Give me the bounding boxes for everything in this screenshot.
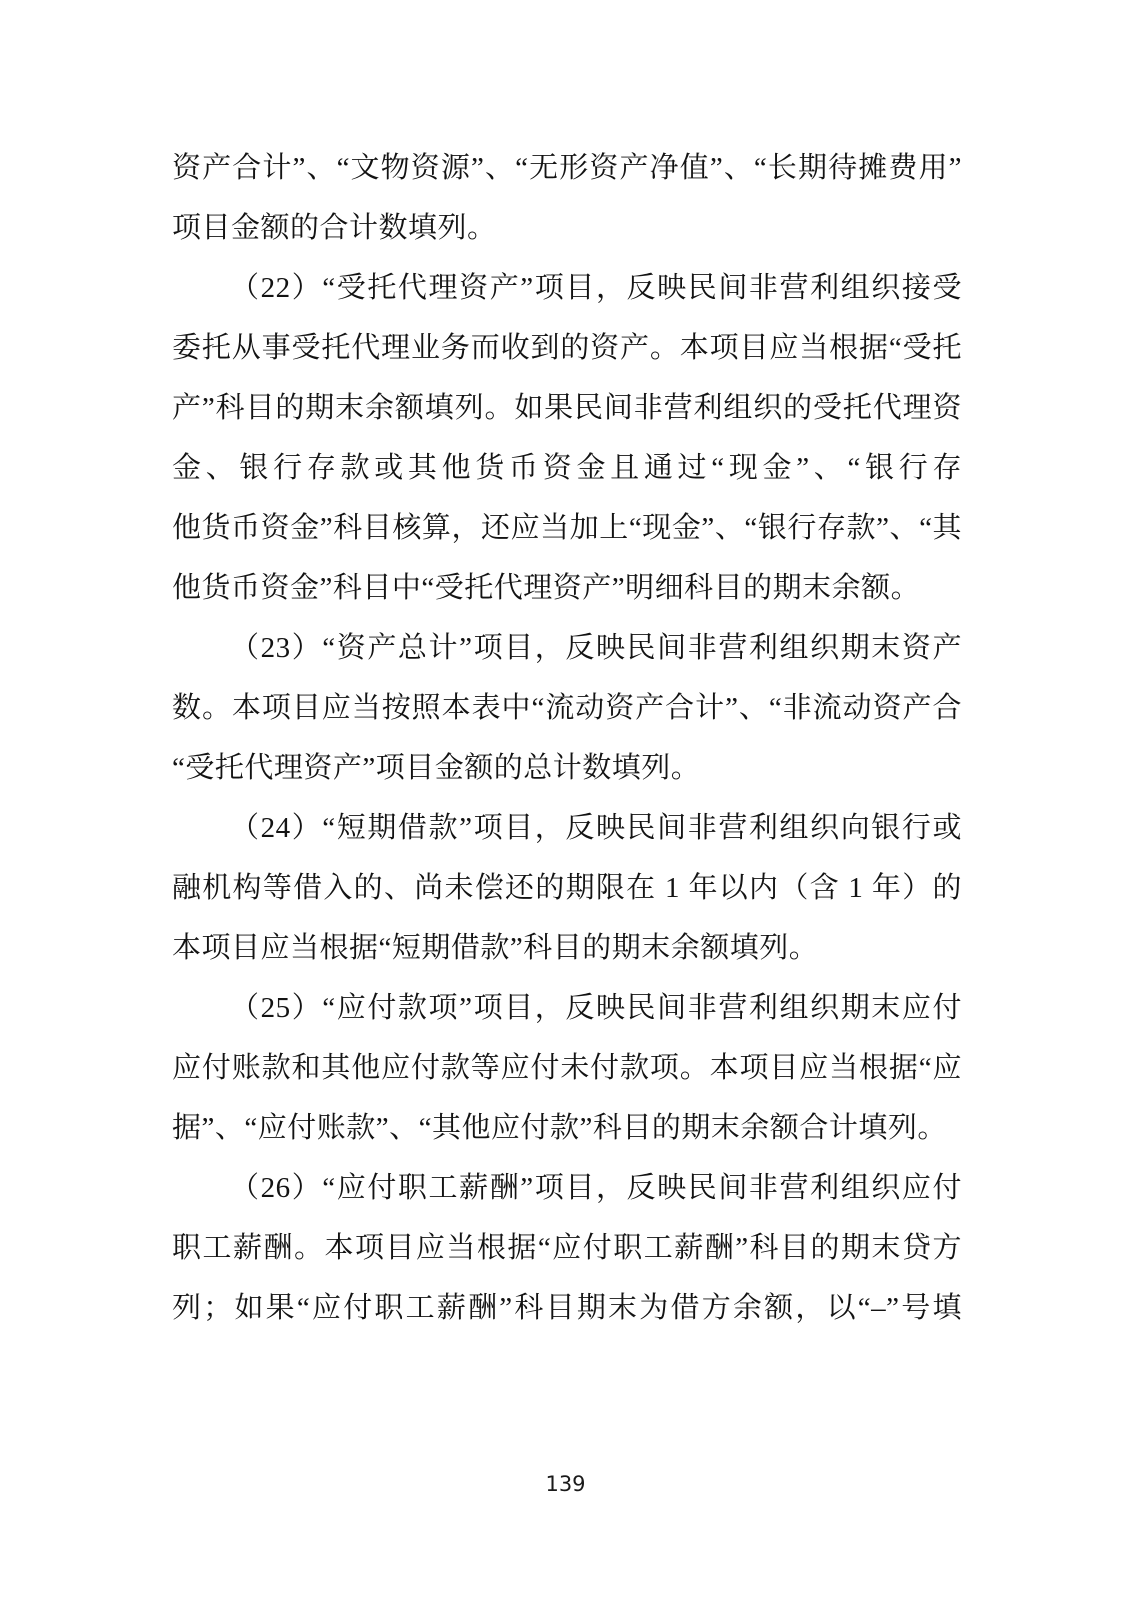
document-body: 资产合计”、“文物资源”、“无形资产净值”、“长期待摊费用”项目金额的合计数填列…: [172, 138, 962, 1338]
document-page: 资产合计”、“文物资源”、“无形资产净值”、“长期待摊费用”项目金额的合计数填列…: [0, 0, 1131, 1600]
text-line: 数。本项目应当按照本表中“流动资产合计”、“非流动资产合计”、: [172, 678, 962, 738]
text-line: （26）“应付职工薪酬”项目，反映民间非营利组织应付未付的: [172, 1158, 962, 1218]
text-line: 项目金额的合计数填列。: [172, 198, 962, 258]
text-line: 应付账款和其他应付款等应付未付款项。本项目应当根据“应付票: [172, 1038, 962, 1098]
text-line: 资产合计”、“文物资源”、“无形资产净值”、“长期待摊费用”: [172, 138, 962, 198]
text-line: 本项目应当根据“短期借款”科目的期末余额填列。: [172, 918, 962, 978]
text-line: 他货币资金”科目中“受托代理资产”明细科目的期末余额。: [172, 558, 962, 618]
text-line: 列；如果“应付职工薪酬”科目期末为借方余额，以“–”号填列。: [172, 1278, 962, 1338]
text-line: “受托代理资产”项目金额的总计数填列。: [172, 738, 962, 798]
text-line: （25）“应付款项”项目，反映民间非营利组织期末应付票据、: [172, 978, 962, 1038]
text-line: 职工薪酬。本项目应当根据“应付职工薪酬”科目的期末贷方余额填: [172, 1218, 962, 1278]
text-line: 据”、“应付账款”、“其他应付款”科目的期末余额合计填列。: [172, 1098, 962, 1158]
text-line: （22）“受托代理资产”项目，反映民间非营利组织接受委托方: [172, 258, 962, 318]
text-line: 产”科目的期末余额填列。如果民间非营利组织的受托代理资产为现: [172, 378, 962, 438]
text-line: （24）“短期借款”项目，反映民间非营利组织向银行或其他金: [172, 798, 962, 858]
text-line: 他货币资金”科目核算，还应当加上“现金”、“银行存款”、“其: [172, 498, 962, 558]
page-number: 139: [0, 1472, 1131, 1496]
text-line: 金、银行存款或其他货币资金且通过“现金”、“银行存款”、“其: [172, 438, 962, 498]
text-line: 融机构等借入的、尚未偿还的期限在 1 年以内（含 1 年）的各种借款。: [172, 858, 962, 918]
text-line: 委托从事受托代理业务而收到的资产。本项目应当根据“受托代理资: [172, 318, 962, 378]
text-line: （23）“资产总计”项目，反映民间非营利组织期末资产的总计: [172, 618, 962, 678]
